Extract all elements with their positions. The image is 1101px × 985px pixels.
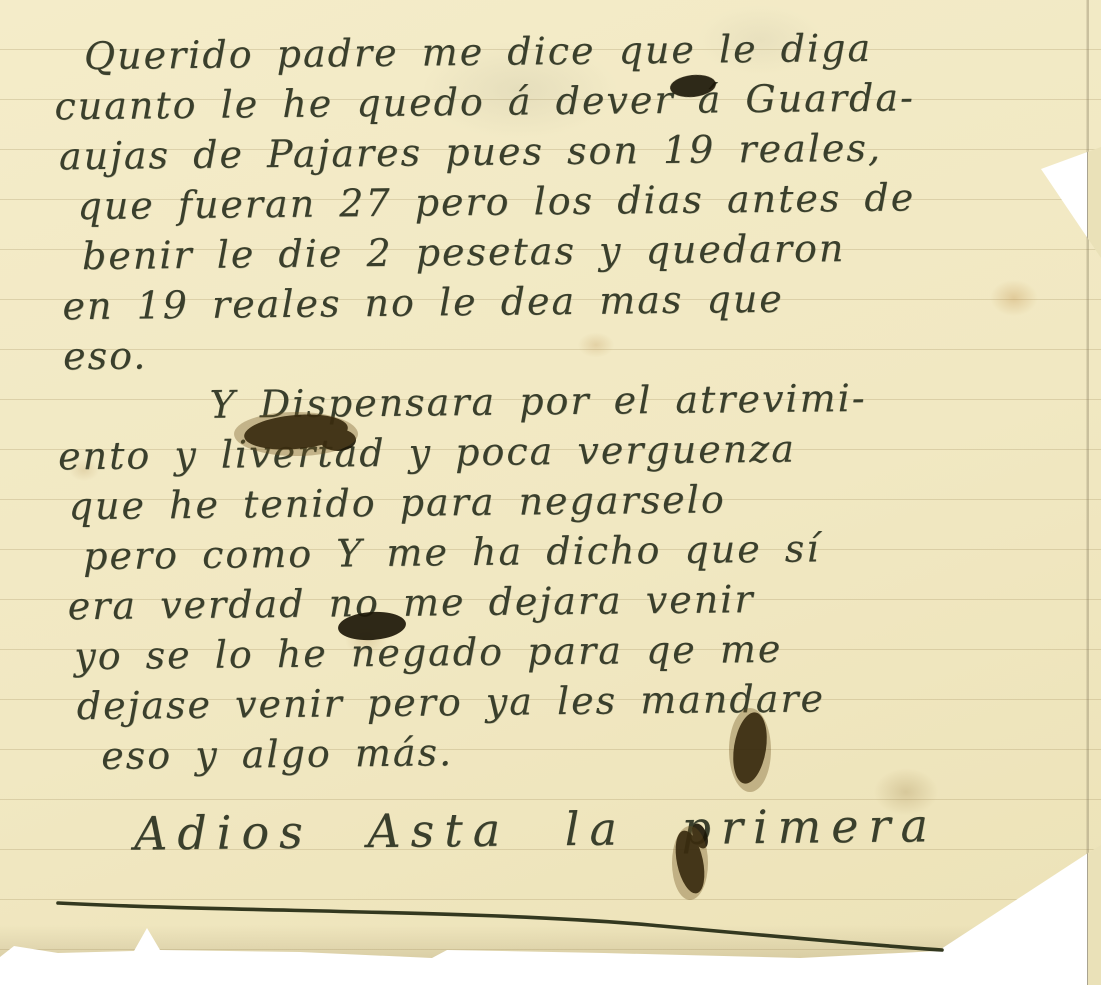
scanned-letter-page: Querido padre me dice que le diga cuanto… xyxy=(0,0,1101,985)
letter-line: Y Dispensara por el atrevimi- xyxy=(209,371,1082,430)
letter-closing-line: Adios Asta la primera xyxy=(134,795,1088,863)
letter-body-text: Querido padre me dice que le diga cuanto… xyxy=(54,21,1088,864)
letter-line: eso y algo más. xyxy=(101,721,1086,781)
